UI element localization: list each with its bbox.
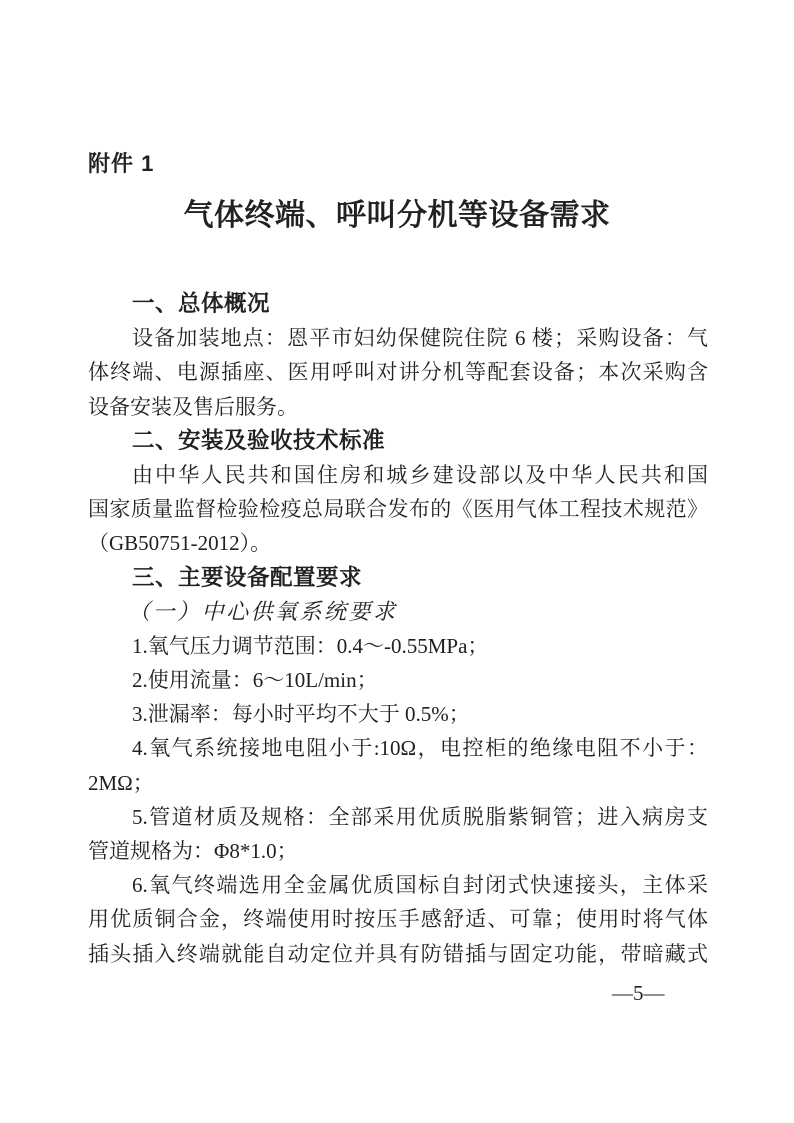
paragraph-line: 设备加装地点：恩平市妇幼保健院住院 6 楼；采购设备：气: [88, 321, 708, 355]
list-item-continuation-line: 2MΩ；: [88, 766, 708, 800]
section-heading-1: 一、总体概况: [88, 287, 708, 321]
list-item-line: 4.氧气系统接地电阻小于:10Ω，电控柜的绝缘电阻不小于：: [88, 731, 708, 765]
list-item-line: 2.使用流量：6～10L/min；: [88, 663, 708, 697]
list-item-line: 3.泄漏率：每小时平均不大于 0.5%；: [88, 697, 708, 731]
paragraph-line: 由中华人民共和国住房和城乡建设部以及中华人民共和国: [88, 458, 708, 492]
document-body: 一、总体概况 设备加装地点：恩平市妇幼保健院住院 6 楼；采购设备：气 体终端、…: [88, 287, 708, 971]
page-title: 气体终端、呼叫分机等设备需求: [0, 196, 794, 236]
paragraph-line: （GB50751-2012）。: [88, 526, 708, 560]
attachment-label: 附件 1: [88, 150, 154, 178]
list-item-line: 1.氧气压力调节范围：0.4～-0.55MPa；: [88, 629, 708, 663]
paragraph-line: 设备安装及售后服务。: [88, 390, 708, 424]
paragraph-line: 国家质量监督检验检疫总局联合发布的《医用气体工程技术规范》: [88, 492, 708, 526]
page-number: —5—: [612, 981, 665, 1006]
section-heading-2: 二、安装及验收技术标准: [88, 424, 708, 458]
section-heading-3: 三、主要设备配置要求: [88, 561, 708, 595]
subsection-heading: （一）中心供氧系统要求: [88, 595, 708, 629]
list-item-continuation-line: 插头插入终端就能自动定位并具有防错插与固定功能，带暗藏式: [88, 937, 708, 971]
list-item-line: 6.氧气终端选用全金属优质国标自封闭式快速接头，主体采: [88, 868, 708, 902]
document-page: 附件 1 气体终端、呼叫分机等设备需求 一、总体概况 设备加装地点：恩平市妇幼保…: [0, 0, 794, 1123]
list-item-continuation-line: 用优质铜合金，终端使用时按压手感舒适、可靠；使用时将气体: [88, 902, 708, 936]
paragraph-line: 体终端、电源插座、医用呼叫对讲分机等配套设备；本次采购含: [88, 355, 708, 389]
list-item-line: 5.管道材质及规格：全部采用优质脱脂紫铜管；进入病房支: [88, 800, 708, 834]
list-item-continuation-line: 管道规格为：Φ8*1.0；: [88, 834, 708, 868]
